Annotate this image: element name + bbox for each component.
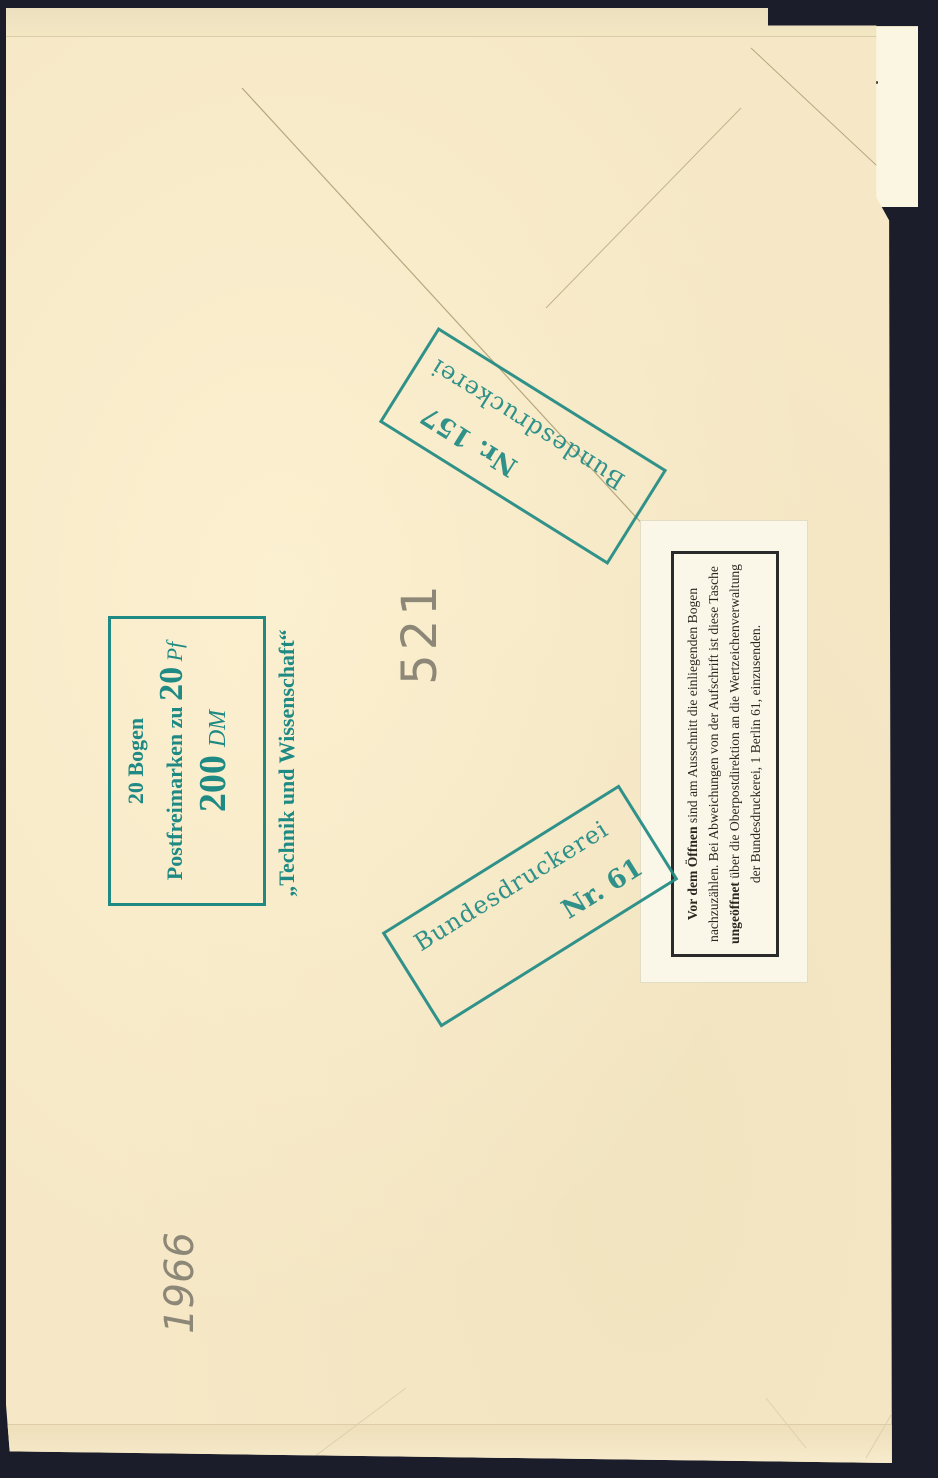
denomination-stamp-unit: Pf bbox=[162, 642, 187, 662]
instruction-label-text: Vor dem Öffnen sind am Ausschnitt die ei… bbox=[671, 551, 779, 957]
label-bold-start: Vor dem Öffnen bbox=[685, 826, 700, 920]
denomination-stamp-group: 20 Bogen Postfreimarken zu 20 Pf 200DM „… bbox=[108, 608, 308, 928]
instruction-label: Vor dem Öffnen sind am Ausschnitt die ei… bbox=[640, 520, 808, 983]
envelope-scan: Vor dem Öffnen sind am Ausschnitt die ei… bbox=[0, 0, 938, 1478]
denomination-stamp: 20 Bogen Postfreimarken zu 20 Pf 200DM bbox=[108, 616, 266, 906]
denomination-total: 200DM bbox=[191, 619, 235, 903]
denomination-sheet-count: 20 Bogen bbox=[123, 619, 149, 903]
denomination-stamp-value: 20 bbox=[153, 667, 190, 701]
denomination-unit-value: Postfreimarken zu 20 Pf bbox=[153, 619, 191, 903]
denomination-prefix: Postfreimarken zu bbox=[162, 706, 187, 880]
label-bold-mid: ungeöffnet bbox=[727, 882, 742, 944]
pencil-annotation-number: 521 bbox=[392, 573, 448, 693]
pencil-annotation-year: 1966 bbox=[157, 1223, 203, 1343]
label-text-2: über die Oberpostdirektion an die Wertze… bbox=[727, 564, 763, 883]
denomination-series-title: „Technik und Wissenschaft“ bbox=[274, 608, 300, 918]
denomination-total-unit: DM bbox=[205, 710, 231, 747]
denomination-total-value: 200 bbox=[192, 755, 234, 812]
